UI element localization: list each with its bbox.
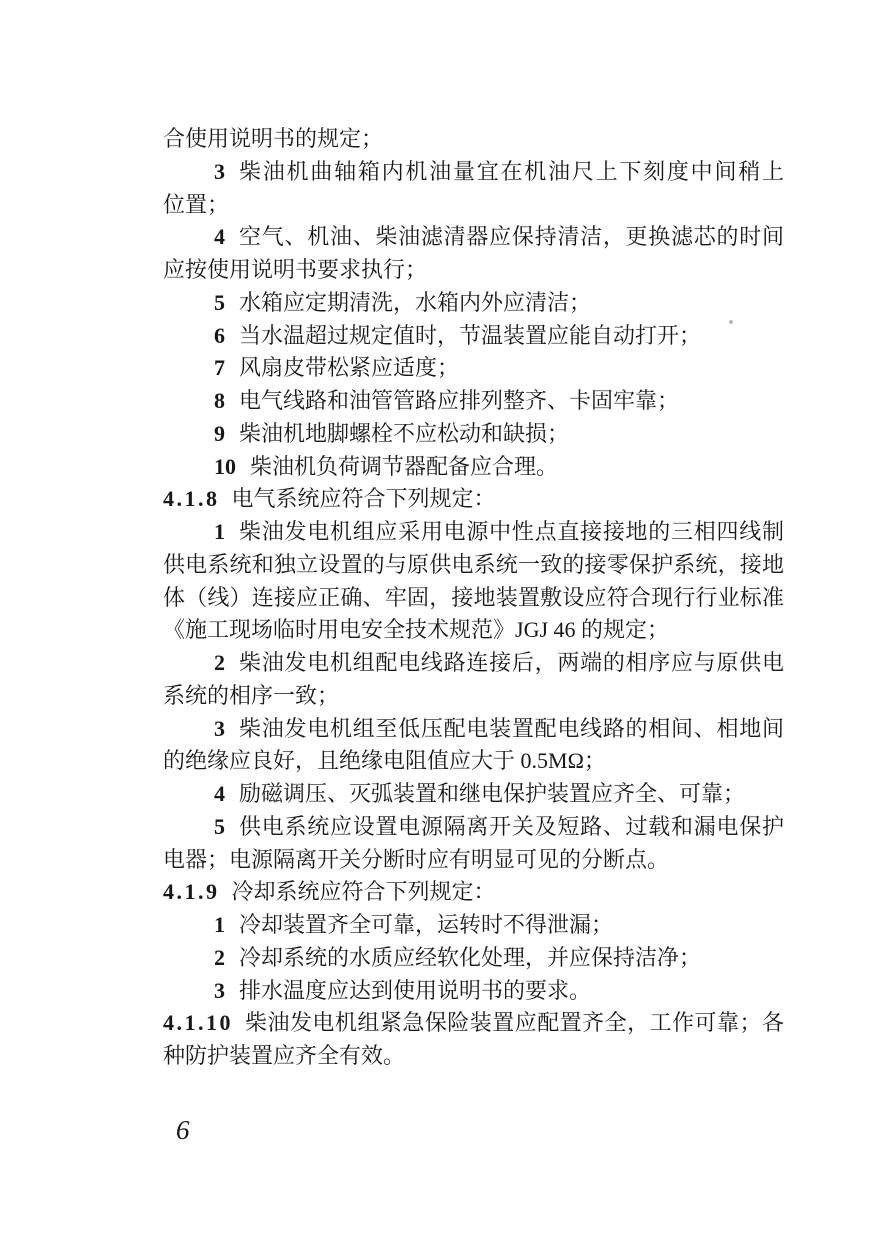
line-text: 柴油发电机组紧急保险装置应配置齐全，工作可靠；各 [245, 1007, 784, 1040]
text-line: 4.1.9 冷却系统应符合下列规定： [163, 876, 784, 909]
page-number: 6 [176, 1114, 190, 1146]
line-text: 位置； [163, 192, 229, 217]
item-number: 10 [214, 451, 236, 484]
line-text: 冷却系统应符合下列规定： [232, 876, 496, 909]
document-text-block: 合使用说明书的规定； 3 柴油机曲轴箱内机油量宜在机油尺上下刻度中间稍上 位置；… [163, 123, 784, 1073]
scan-artifact-dot [729, 320, 733, 324]
text-line: 9 柴油机地脚螺栓不应松动和缺损； [163, 418, 784, 451]
item-number: 2 [214, 647, 225, 680]
text-line: 2 冷却系统的水质应经软化处理，并应保持洁净； [163, 942, 784, 975]
line-text: 系统的相序一致； [163, 683, 339, 708]
line-text: 柴油发电机组配电线路连接后，两端的相序应与原供电 [239, 647, 784, 680]
text-line: 5 水箱应定期清洗，水箱内外应清洁； [163, 287, 784, 320]
text-line: 3 柴油机曲轴箱内机油量宜在机油尺上下刻度中间稍上 [163, 156, 784, 189]
item-number: 1 [214, 909, 225, 942]
line-text: 的绝缘应良好，且绝缘电阻值应大于 0.5MΩ； [163, 748, 606, 773]
text-line: 4 励磁调压、灭弧装置和继电保护装置应齐全、可靠； [163, 778, 784, 811]
item-number: 7 [214, 352, 225, 385]
text-line: 6 当水温超过规定值时，节温装置应能自动打开； [163, 320, 784, 353]
item-number: 4 [214, 778, 225, 811]
item-number: 3 [214, 975, 225, 1008]
item-number: 3 [214, 156, 225, 189]
item-number: 5 [214, 287, 225, 320]
item-number: 3 [214, 713, 225, 746]
text-line: 体（线）连接应正确、牢固，接地装置敷设应符合现行行业标准 [163, 582, 784, 615]
text-line: 1 柴油发电机组应采用电源中性点直接接地的三相四线制 [163, 516, 784, 549]
document-page: 合使用说明书的规定； 3 柴油机曲轴箱内机油量宜在机油尺上下刻度中间稍上 位置；… [0, 0, 878, 1241]
text-line: 2 柴油发电机组配电线路连接后，两端的相序应与原供电 [163, 647, 784, 680]
line-text: 柴油机地脚螺栓不应松动和缺损； [239, 418, 569, 451]
line-text: 供电系统和独立设置的与原供电系统一致的接零保护系统，接地 [163, 549, 784, 582]
text-line: 1 冷却装置齐全可靠，运转时不得泄漏； [163, 909, 784, 942]
line-text: 冷却系统的水质应经软化处理，并应保持洁净； [239, 942, 701, 975]
line-text: 合使用说明书的规定； [163, 126, 383, 151]
text-line: 7 风扇皮带松紧应适度； [163, 352, 784, 385]
text-line: 的绝缘应良好，且绝缘电阻值应大于 0.5MΩ； [163, 745, 784, 778]
line-text: 供电系统应设置电源隔离开关及短路、过载和漏电保护 [239, 811, 784, 844]
item-number: 8 [214, 385, 225, 418]
clause-number: 4.1.9 [163, 876, 220, 909]
text-line: 合使用说明书的规定； [163, 123, 784, 156]
text-line: 供电系统和独立设置的与原供电系统一致的接零保护系统，接地 [163, 549, 784, 582]
text-line: 5 供电系统应设置电源隔离开关及短路、过载和漏电保护 [163, 811, 784, 844]
text-line: 10 柴油机负荷调节器配备应合理。 [163, 451, 784, 484]
line-text: 冷却装置齐全可靠，运转时不得泄漏； [239, 909, 613, 942]
line-text: 柴油发电机组应采用电源中性点直接接地的三相四线制 [239, 516, 784, 549]
text-line: 应按使用说明书要求执行； [163, 254, 784, 287]
item-number: 5 [214, 811, 225, 844]
text-line: 4 空气、机油、柴油滤清器应保持清洁，更换滤芯的时间 [163, 221, 784, 254]
text-line: 3 柴油发电机组至低压配电装置配电线路的相间、相地间 [163, 713, 784, 746]
line-text: 应按使用说明书要求执行； [163, 257, 427, 282]
text-line: 8 电气线路和油管管路应排列整齐、卡固牢靠； [163, 385, 784, 418]
text-line: 4.1.10 柴油发电机组紧急保险装置应配置齐全，工作可靠；各 [163, 1007, 784, 1040]
line-text: 柴油机曲轴箱内机油量宜在机油尺上下刻度中间稍上 [239, 156, 784, 189]
line-text: 种防护装置应齐全有效。 [163, 1043, 405, 1068]
text-line: 系统的相序一致； [163, 680, 784, 713]
item-number: 6 [214, 320, 225, 353]
line-text: 《施工现场临时用电安全技术规范》JGJ 46 的规定； [163, 617, 669, 642]
line-text: 柴油机负荷调节器配备应合理。 [250, 451, 558, 484]
item-number: 4 [214, 221, 225, 254]
text-line: 4.1.8 电气系统应符合下列规定： [163, 483, 784, 516]
line-text: 电气系统应符合下列规定： [232, 483, 496, 516]
text-line: 《施工现场临时用电安全技术规范》JGJ 46 的规定； [163, 614, 784, 647]
line-text: 体（线）连接应正确、牢固，接地装置敷设应符合现行行业标准 [163, 582, 784, 615]
line-text: 电器；电源隔离开关分断时应有明显可见的分断点。 [163, 847, 669, 872]
line-text: 风扇皮带松紧应适度； [239, 352, 459, 385]
item-number: 9 [214, 418, 225, 451]
item-number: 2 [214, 942, 225, 975]
clause-number: 4.1.8 [163, 483, 220, 516]
line-text: 柴油发电机组至低压配电装置配电线路的相间、相地间 [239, 713, 784, 746]
clause-number: 4.1.10 [163, 1007, 233, 1040]
text-line: 3 排水温度应达到使用说明书的要求。 [163, 975, 784, 1008]
item-number: 1 [214, 516, 225, 549]
text-line: 电器；电源隔离开关分断时应有明显可见的分断点。 [163, 844, 784, 877]
line-text: 电气线路和油管管路应排列整齐、卡固牢靠； [239, 385, 679, 418]
line-text: 空气、机油、柴油滤清器应保持清洁，更换滤芯的时间 [239, 221, 784, 254]
text-line: 种防护装置应齐全有效。 [163, 1040, 784, 1073]
line-text: 励磁调压、灭弧装置和继电保护装置应齐全、可靠； [239, 778, 745, 811]
line-text: 当水温超过规定值时，节温装置应能自动打开； [239, 320, 701, 353]
line-text: 水箱应定期清洗，水箱内外应清洁； [239, 287, 591, 320]
text-line: 位置； [163, 189, 784, 222]
line-text: 排水温度应达到使用说明书的要求。 [239, 975, 591, 1008]
